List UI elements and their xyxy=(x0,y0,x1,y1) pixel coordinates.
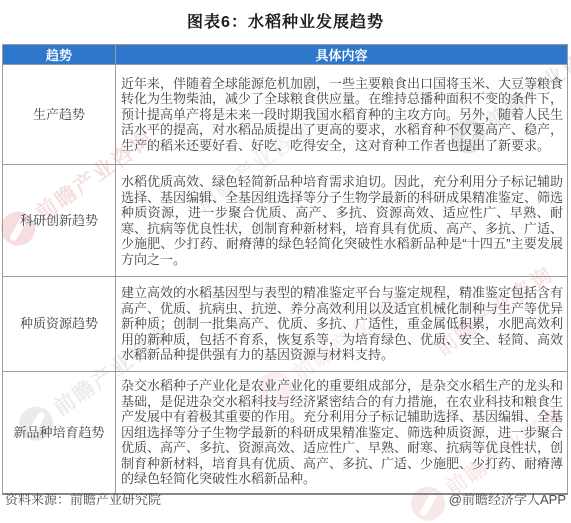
header-trend: 趋势 xyxy=(3,45,116,65)
table-row: 新品种培育趋势 杂交水稻种子产业化是农业产业化的重要组成部分，是杂交水稻生产的龙… xyxy=(3,372,568,495)
table-row: 科研创新趋势 水稻优质高效、绿色轻简新品种培育需求迫切。因此，充分利用分子标记辅… xyxy=(3,165,568,277)
trend-cell: 新品种培育趋势 xyxy=(3,372,116,495)
trend-table: 趋势 具体内容 生产趋势 近年来，伴随着全球能源危机加剧，一些主要粮食出口国将玉… xyxy=(2,44,568,495)
trend-cell: 种质资源趋势 xyxy=(3,277,116,372)
credit-note: @前瞻经济学人APP xyxy=(449,489,566,508)
content-cell: 水稻优质高效、绿色轻简新品种培育需求迫切。因此，充分利用分子标记辅助选择、基因编… xyxy=(116,165,568,277)
trend-cell: 科研创新趋势 xyxy=(3,165,116,277)
source-note: 资料来源：前瞻产业研究院 xyxy=(5,489,161,508)
footer: 资料来源：前瞻产业研究院 @前瞻经济学人APP xyxy=(5,489,566,508)
content-cell: 杂交水稻种子产业化是农业产业化的重要组成部分，是杂交水稻生产的龙头和基础，是促进… xyxy=(116,372,568,495)
trend-cell: 生产趋势 xyxy=(3,65,116,165)
header-content: 具体内容 xyxy=(116,45,568,65)
table-row: 生产趋势 近年来，伴随着全球能源危机加剧，一些主要粮食出口国将玉米、大豆等粮食转… xyxy=(3,65,568,165)
trend-table-container: 趋势 具体内容 生产趋势 近年来，伴随着全球能源危机加剧，一些主要粮食出口国将玉… xyxy=(2,44,568,495)
content-cell: 近年来，伴随着全球能源危机加剧，一些主要粮食出口国将玉米、大豆等粮食转化为生物柴… xyxy=(116,65,568,165)
figure-title: 图表6：水稻种业发展趋势 xyxy=(0,0,571,32)
table-header-row: 趋势 具体内容 xyxy=(3,45,568,65)
table-row: 种质资源趋势 建立高效的水稻基因型与表型的精准鉴定平台与鉴定规程，精准鉴定包括含… xyxy=(3,277,568,372)
content-cell: 建立高效的水稻基因型与表型的精准鉴定平台与鉴定规程，精准鉴定包括含有高产、优质、… xyxy=(116,277,568,372)
